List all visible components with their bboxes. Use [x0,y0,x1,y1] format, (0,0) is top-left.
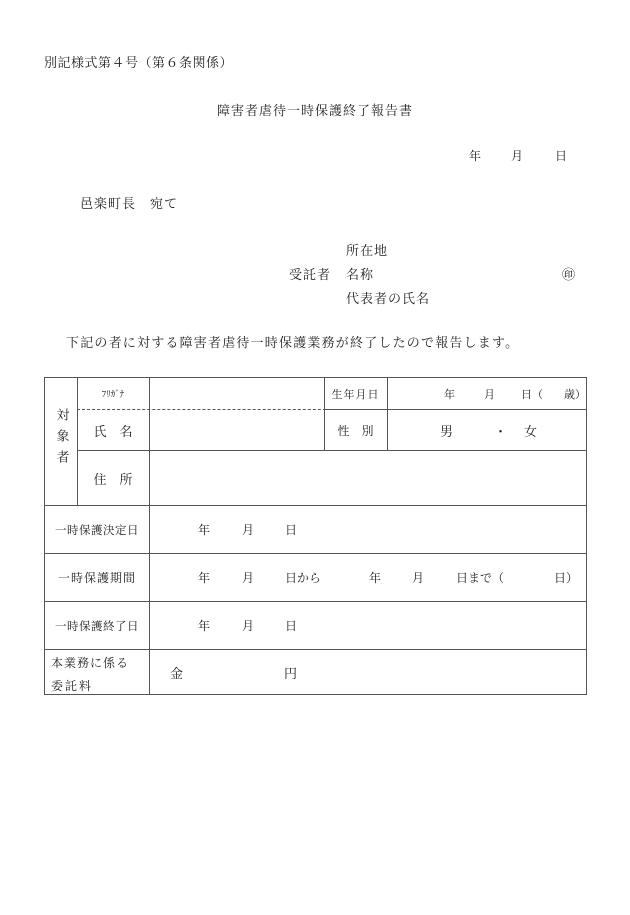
period-from-month: 月 [242,569,254,586]
name-input[interactable] [150,410,324,450]
report-statement: 下記の者に対する障害者虐待一時保護業務が終了したので報告します。 [66,332,519,351]
fee-prefix: 金 [170,663,183,682]
end-year: 年 [198,617,210,634]
fee-label-line2: 委託料 [51,677,93,694]
furigana-input[interactable] [150,378,324,409]
sender-address-label: 所在地 [346,240,388,259]
form-reference: 別記様式第４号（第６条関係） [44,52,233,71]
age: 歳） [564,386,586,402]
period-to-month: 月 [412,569,424,586]
period-label: 一時保護期間 [45,554,149,601]
address-label: 住 所 [77,451,149,505]
document-title: 障害者虐待一時保護終了報告書 [0,100,630,119]
end-date-input[interactable]: 年 月 日 [150,602,587,649]
seal-icon: ㊞ [562,264,576,283]
fee-input[interactable]: 金 円 [150,650,587,695]
decision-date-label: 一時保護決定日 [45,506,149,553]
end-day: 日 [285,617,297,634]
period-to-day: 日まで（ [456,569,504,586]
gender-label: 性 別 [324,410,387,450]
subject-label-cell: 対象者 [45,378,77,505]
birth-month: 月 [484,386,495,402]
birthdate-input[interactable]: 年 月 日（ 歳） [388,378,587,409]
period-from-day: 日から [285,569,321,586]
date-year: 年 [469,147,481,164]
furigana-label: ﾌﾘｶﾞﾅ [77,378,149,409]
decision-day: 日 [285,521,297,538]
name-label: 氏 名 [77,410,149,450]
period-to-year: 年 [369,569,381,586]
birth-day: 日（ [521,386,543,402]
gender-separator: ・ [494,421,507,440]
date-day: 日 [555,147,567,164]
sender-label: 受託者 [289,264,331,283]
gender-select[interactable]: 男 ・ 女 [388,410,587,450]
report-table: 対象者 ﾌﾘｶﾞﾅ 生年月日 年 月 日（ 歳） 氏 名 性 別 男 ・ 女 住… [44,377,587,695]
period-from-year: 年 [198,569,210,586]
fee-suffix: 円 [284,663,297,682]
sender-rep-label: 代表者の氏名 [346,288,430,307]
end-month: 月 [242,617,254,634]
decision-year: 年 [198,521,210,538]
period-input[interactable]: 年 月 日から 年 月 日まで（ 日） [150,554,587,601]
decision-date-input[interactable]: 年 月 日 [150,506,587,553]
subject-label: 対象者 [52,408,71,471]
sender-name-label: 名称 [346,264,374,283]
decision-month: 月 [242,521,254,538]
gender-male[interactable]: 男 [440,421,453,440]
gender-female[interactable]: 女 [524,421,537,440]
address-input[interactable] [150,451,587,505]
birthdate-label: 生年月日 [324,378,387,409]
period-days: 日） [554,569,578,586]
date-month: 月 [511,147,523,164]
end-date-label: 一時保護終了日 [45,602,149,649]
addressee: 邑楽町長 宛て [80,193,178,212]
birth-year: 年 [444,386,455,402]
fee-label-line1: 本業務に係る [51,654,129,671]
